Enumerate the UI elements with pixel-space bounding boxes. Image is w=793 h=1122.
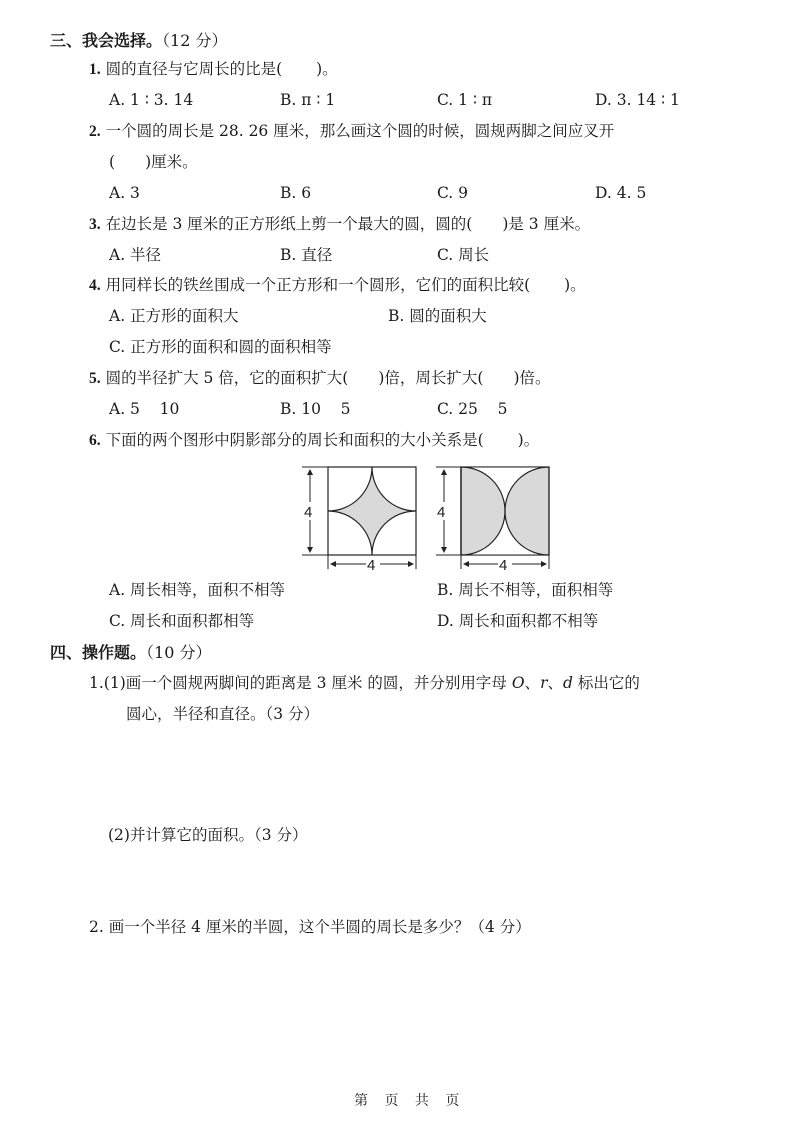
height-label: 4 [304,504,312,521]
question-6: 6. 下面的两个图形中阴影部分的周长和面积的大小关系是()。 [89,433,539,449]
question-1: 1. 圆的直径与它周长的比是()。 [89,62,338,78]
question-stem-end: )。 [518,431,540,449]
option-c: C. 1 ∶ π [437,93,492,109]
option-a: A. 正方形的面积大 [109,309,239,325]
question-stem-end: )倍。 [513,369,550,387]
operation-question-1-part-1-line-2: 圆心，半径和直径。（3 分） [126,707,319,723]
section-4-heading: 四、操作题。（10 分） [50,645,211,661]
question-text-end: 标出它的 [573,674,640,692]
separator: 、 [525,674,541,692]
option-c: C. 正方形的面积和圆的面积相等 [109,340,332,356]
option-c: C. 9 [437,186,468,202]
work-area-1[interactable] [89,730,739,820]
page-footer: 第 页 共 页 [354,1094,465,1108]
option-c: C. 周长和面积都相等 [109,614,254,630]
question-stem-mid: )倍，周长扩大( [378,369,483,387]
var-d: d [563,674,573,692]
question-stem: 圆的半径扩大 5 倍，它的面积扩大( [106,369,349,387]
option-a: A. 1 ∶ 3. 14 [109,93,193,109]
figure-right-half-circles: 4 4 [432,462,562,572]
operation-question-1-part-2: (2)并计算它的面积。（3 分） [108,828,308,844]
question-2-line-2: ()厘米。 [109,155,198,171]
option-a: A. 5 10 [109,402,179,418]
question-stem: 一个圆的周长是 28. 26 厘米，那么画这个圆的时候，圆规两脚之间应叉开 [106,122,615,140]
option-b: B. π ∶ 1 [280,93,335,109]
question-4: 4. 用同样长的铁丝围成一个正方形和一个圆形，它们的面积比较()。 [89,278,586,294]
option-b: B. 周长不相等，面积相等 [437,583,613,599]
section-3-points: （12 分） [162,31,227,50]
question-number: 3. [89,216,101,233]
question-stem-end: )。 [564,276,586,294]
option-a: A. 3 [109,186,140,202]
option-d: D. 3. 14 ∶ 1 [595,93,680,109]
question-number: 5. [89,370,101,387]
option-b: B. 圆的面积大 [388,309,487,325]
question-5: 5. 圆的半径扩大 5 倍，它的面积扩大()倍，周长扩大()倍。 [89,371,551,387]
figure-left-astroid: 4 4 [290,462,420,572]
question-number: 6. [89,432,101,449]
var-o: O [512,674,525,692]
question-number: 1. [89,61,101,78]
section-4-title: 四、操作题。 [50,643,146,662]
option-b: B. 直径 [280,248,332,264]
operation-question-2: 2. 画一个半径 4 厘米的半圆，这个半圆的周长是多少？（4 分） [89,920,531,936]
question-stem: 圆的直径与它周长的比是( [106,60,283,78]
option-a: A. 周长相等，面积不相等 [109,583,285,599]
question-2: 2. 一个圆的周长是 28. 26 厘米，那么画这个圆的时候，圆规两脚之间应叉开 [89,124,614,140]
question-number: 2. [89,123,101,140]
question-3: 3. 在边长是 3 厘米的正方形纸上剪一个最大的圆，圆的()是 3 厘米。 [89,217,590,233]
separator: 、 [547,674,563,692]
section-3-heading: 三、我会选择。（12 分） [50,33,227,49]
work-area-3[interactable] [89,945,739,1075]
work-area-2[interactable] [89,850,739,910]
option-d: D. 4. 5 [595,186,646,202]
question-stem: 下面的两个图形中阴影部分的周长和面积的大小关系是( [106,431,484,449]
option-b: B. 6 [280,186,311,202]
section-3-title: 三、我会选择。 [50,31,162,50]
half-circles-diagram: 4 4 [432,462,562,572]
option-d: D. 周长和面积都不相等 [437,614,598,630]
section-4-points: （10 分） [146,643,211,662]
option-c: C. 25 5 [437,402,507,418]
astroid-diagram: 4 4 [290,462,420,572]
question-number: 1. [89,674,104,692]
operation-question-1-part-1: 1.(1)画一个圆规两脚间的距离是 3 厘米 的圆，并分别用字母 O、r、d 标… [89,676,640,692]
width-label: 4 [499,557,507,572]
width-label: 4 [367,557,375,572]
question-stem: 用同样长的铁丝围成一个正方形和一个圆形，它们的面积比较( [106,276,531,294]
height-label: 4 [437,504,445,521]
question-number: 4. [89,277,101,294]
paren-open: ( [109,153,115,171]
question-stem: 在边长是 3 厘米的正方形纸上剪一个最大的圆，圆的( [106,215,473,233]
option-b: B. 10 5 [280,402,351,418]
question-stem-end: )厘米。 [145,153,198,171]
question-stem-end: )是 3 厘米。 [502,215,590,233]
option-c: C. 周长 [437,248,489,264]
question-text: (1)画一个圆规两脚间的距离是 3 厘米 的圆，并分别用字母 [104,674,512,692]
question-stem-end: )。 [316,60,338,78]
option-a: A. 半径 [109,248,161,264]
